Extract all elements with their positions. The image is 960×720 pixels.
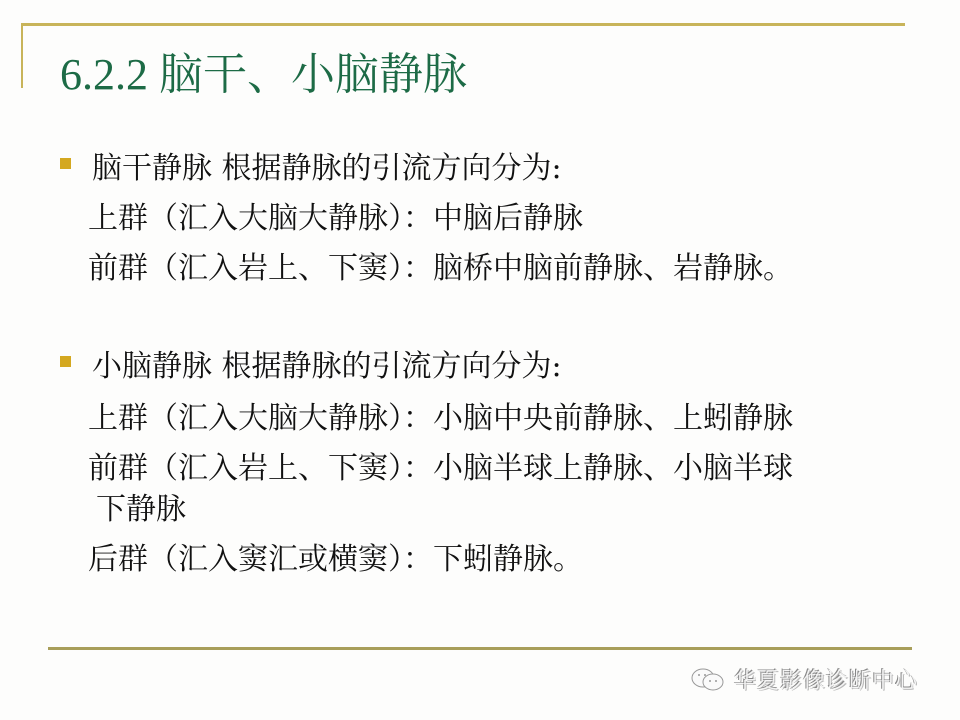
left-divider [21,23,23,88]
watermark-text: 华夏影像诊断中心 [734,664,918,695]
section-heading: 脑干静脉 根据静脉的引流方向分为: [92,143,562,187]
section-heading: 小脑静脉 根据静脉的引流方向分为: [92,341,562,385]
slide-title: 6.2.2 脑干、小脑静脉 [60,38,467,102]
watermark: 华夏影像诊断中心 [690,664,918,695]
bullet-icon [60,158,71,169]
bullet-icon [60,356,71,367]
section-line: 上群（汇入大脑大静脉）：小脑中央前静脉、上蚓静脉 [88,393,793,437]
wechat-icon [690,667,726,693]
section-line: 后群（汇入窦汇或横窦）：下蚓静脉。 [88,534,583,578]
section-line: 前群（汇入岩上、下窦）：小脑半球上静脉、小脑半球 [88,443,793,487]
section-line: 上群（汇入大脑大静脉）：中脑后静脉 [88,193,583,237]
section-line: 前群（汇入岩上、下窦）：脑桥中脑前静脉、岩静脉。 [88,243,793,287]
section-line: 下静脉 [96,484,186,528]
bottom-divider [48,647,912,650]
top-divider [22,23,905,26]
